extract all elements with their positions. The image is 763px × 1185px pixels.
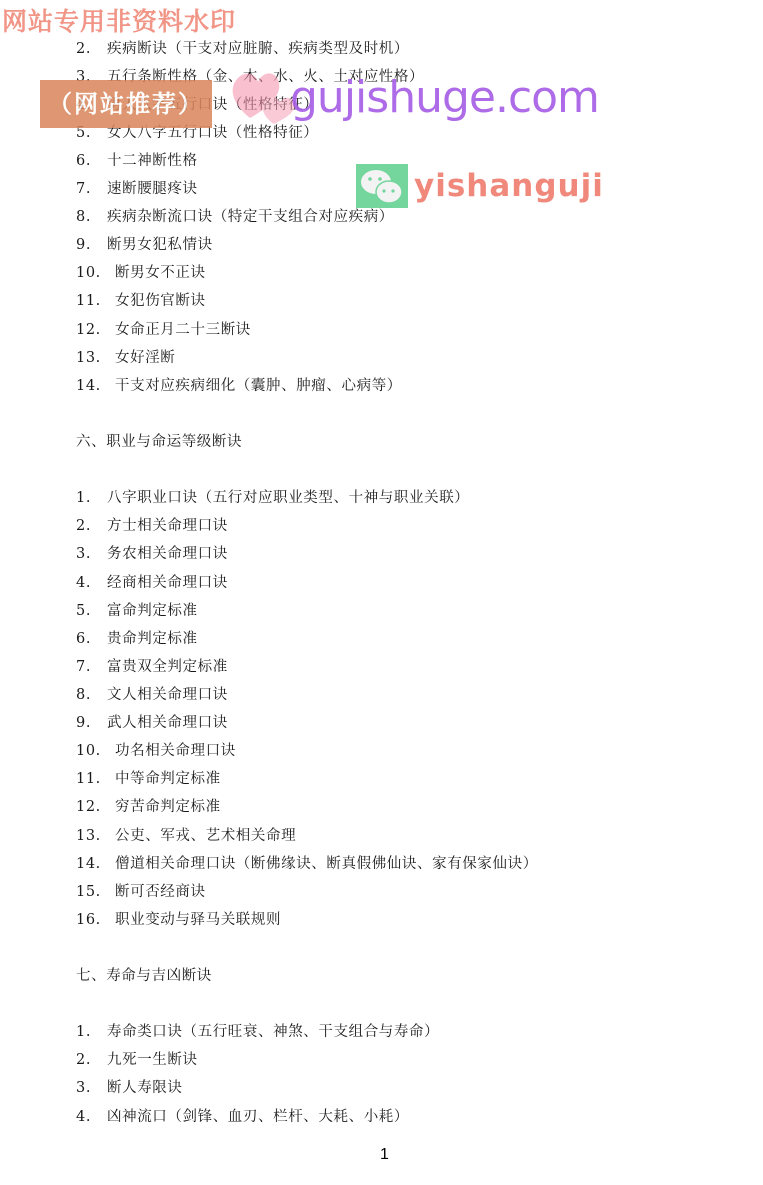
list-item-text: 职业变动与驿马关联规则 [115, 912, 281, 928]
list-item: 6.贵命判定标准 [76, 628, 198, 650]
list-item-text: 女好淫断 [115, 350, 175, 366]
list-item: 16.职业变动与驿马关联规则 [76, 909, 281, 931]
list-item-number: 12. [76, 319, 115, 341]
list-item-text: 干支对应疾病细化（囊肿、肿瘤、心病等） [115, 378, 402, 394]
document-page: 2.疾病断诀（干支对应脏腑、疾病类型及时机）3.五行条断性格（金、木、水、火、土… [0, 0, 763, 1185]
list-item: 8.文人相关命理口诀 [76, 684, 228, 706]
list-item: 3.务农相关命理口诀 [76, 543, 228, 565]
list-item-number: 2. [76, 38, 107, 60]
list-item-number: 14. [76, 853, 115, 875]
list-item-text: 富命判定标准 [107, 603, 198, 619]
list-item: 12.女命正月二十三断诀 [76, 319, 251, 341]
list-item-number: 13. [76, 347, 115, 369]
list-item-text: 务农相关命理口诀 [107, 546, 228, 562]
page-number: 1 [380, 1146, 389, 1164]
list-item-number: 10. [76, 740, 115, 762]
list-item-text: 女犯伤官断诀 [115, 293, 206, 309]
list-item: 9.武人相关命理口诀 [76, 712, 228, 734]
list-item: 9.断男女犯私情诀 [76, 234, 213, 256]
watermark-wechat-id: yishanguji [414, 164, 604, 208]
list-item-text: 断男女犯私情诀 [107, 237, 213, 253]
list-item-text: 方士相关命理口诀 [107, 518, 228, 534]
list-item-text: 寿命类口诀（五行旺衰、神煞、干支组合与寿命） [107, 1024, 439, 1040]
list-item: 4.凶神流口（剑锋、血刃、栏杆、大耗、小耗） [76, 1106, 409, 1128]
list-item: 15.断可否经商诀 [76, 881, 206, 903]
list-item: 14.僧道相关命理口诀（断佛缘诀、断真假佛仙诀、家有保家仙诀） [76, 853, 538, 875]
list-item: 2.九死一生断诀 [76, 1049, 198, 1071]
list-item-number: 4. [76, 1106, 107, 1128]
list-item-text: 疾病杂断流口诀（特定干支组合对应疾病） [107, 209, 394, 225]
list-item: 13.女好淫断 [76, 347, 175, 369]
list-item-text: 八字职业口诀（五行对应职业类型、十神与职业关联） [107, 490, 469, 506]
watermark-domain: gujishuge.com [290, 70, 599, 126]
list-item: 2.方士相关命理口诀 [76, 515, 228, 537]
list-item: 4.经商相关命理口诀 [76, 572, 228, 594]
list-item-number: 7. [76, 656, 107, 678]
watermark-recommend-badge: （网站推荐） [40, 80, 212, 128]
list-item-number: 5. [76, 600, 107, 622]
watermark-banner: 网站专用非资料水印 [2, 2, 236, 38]
list-item-number: 3. [76, 543, 107, 565]
list-item-number: 13. [76, 825, 115, 847]
list-item-number: 7. [76, 178, 107, 200]
list-item: 5.富命判定标准 [76, 600, 198, 622]
list-item-number: 8. [76, 206, 107, 228]
list-item-text: 武人相关命理口诀 [107, 715, 228, 731]
list-item: 7.富贵双全判定标准 [76, 656, 228, 678]
list-item-text: 疾病断诀（干支对应脏腑、疾病类型及时机） [107, 41, 409, 57]
list-item-number: 1. [76, 487, 107, 509]
section-7-heading: 七、寿命与吉凶断诀 [76, 965, 212, 987]
list-item: 11.中等命判定标准 [76, 768, 221, 790]
list-item-text: 女命正月二十三断诀 [115, 322, 251, 338]
list-item: 7.速断腰腿疼诀 [76, 178, 198, 200]
list-item-number: 1. [76, 1021, 107, 1043]
list-item-text: 贵命判定标准 [107, 631, 198, 647]
list-item-number: 10. [76, 262, 115, 284]
list-item: 2.疾病断诀（干支对应脏腑、疾病类型及时机） [76, 38, 409, 60]
list-item-text: 中等命判定标准 [115, 771, 221, 787]
list-item-number: 9. [76, 234, 107, 256]
list-item: 3.断人寿限诀 [76, 1077, 183, 1099]
list-item: 13.公吏、军戎、艺术相关命理 [76, 825, 296, 847]
list-item-text: 九死一生断诀 [107, 1052, 198, 1068]
list-item-text: 功名相关命理口诀 [115, 743, 236, 759]
list-item-text: 僧道相关命理口诀（断佛缘诀、断真假佛仙诀、家有保家仙诀） [115, 856, 538, 872]
list-item: 8.疾病杂断流口诀（特定干支组合对应疾病） [76, 206, 394, 228]
list-item-text: 公吏、军戎、艺术相关命理 [115, 828, 296, 844]
list-item-text: 速断腰腿疼诀 [107, 181, 198, 197]
list-item-number: 12. [76, 796, 115, 818]
list-item-text: 断男女不正诀 [115, 265, 206, 281]
list-item-number: 2. [76, 1049, 107, 1071]
list-item-text: 断人寿限诀 [107, 1080, 183, 1096]
list-item: 1.寿命类口诀（五行旺衰、神煞、干支组合与寿命） [76, 1021, 439, 1043]
list-item: 10.断男女不正诀 [76, 262, 206, 284]
list-item-number: 3. [76, 1077, 107, 1099]
list-item: 1.八字职业口诀（五行对应职业类型、十神与职业关联） [76, 487, 469, 509]
list-item-number: 8. [76, 684, 107, 706]
list-item-number: 14. [76, 375, 115, 397]
list-item-number: 2. [76, 515, 107, 537]
wechat-icon [356, 164, 408, 208]
list-item-text: 十二神断性格 [107, 153, 198, 169]
list-item-text: 经商相关命理口诀 [107, 575, 228, 591]
list-item-number: 16. [76, 909, 115, 931]
list-item-number: 4. [76, 572, 107, 594]
list-item-number: 6. [76, 150, 107, 172]
list-item: 6.十二神断性格 [76, 150, 198, 172]
list-item-text: 穷苦命判定标准 [115, 799, 221, 815]
list-item-number: 9. [76, 712, 107, 734]
list-item: 14.干支对应疾病细化（囊肿、肿瘤、心病等） [76, 375, 402, 397]
list-item: 12.穷苦命判定标准 [76, 796, 221, 818]
list-item-number: 11. [76, 768, 115, 790]
list-item-number: 11. [76, 290, 115, 312]
list-item-text: 文人相关命理口诀 [107, 687, 228, 703]
list-item-text: 凶神流口（剑锋、血刃、栏杆、大耗、小耗） [107, 1109, 409, 1125]
list-item: 11.女犯伤官断诀 [76, 290, 206, 312]
list-item-number: 6. [76, 628, 107, 650]
heart-icon [228, 66, 298, 126]
list-item-number: 15. [76, 881, 115, 903]
list-item-text: 富贵双全判定标准 [107, 659, 228, 675]
list-item: 10.功名相关命理口诀 [76, 740, 236, 762]
list-item-text: 断可否经商诀 [115, 884, 206, 900]
section-6-heading: 六、职业与命运等级断诀 [76, 431, 242, 453]
